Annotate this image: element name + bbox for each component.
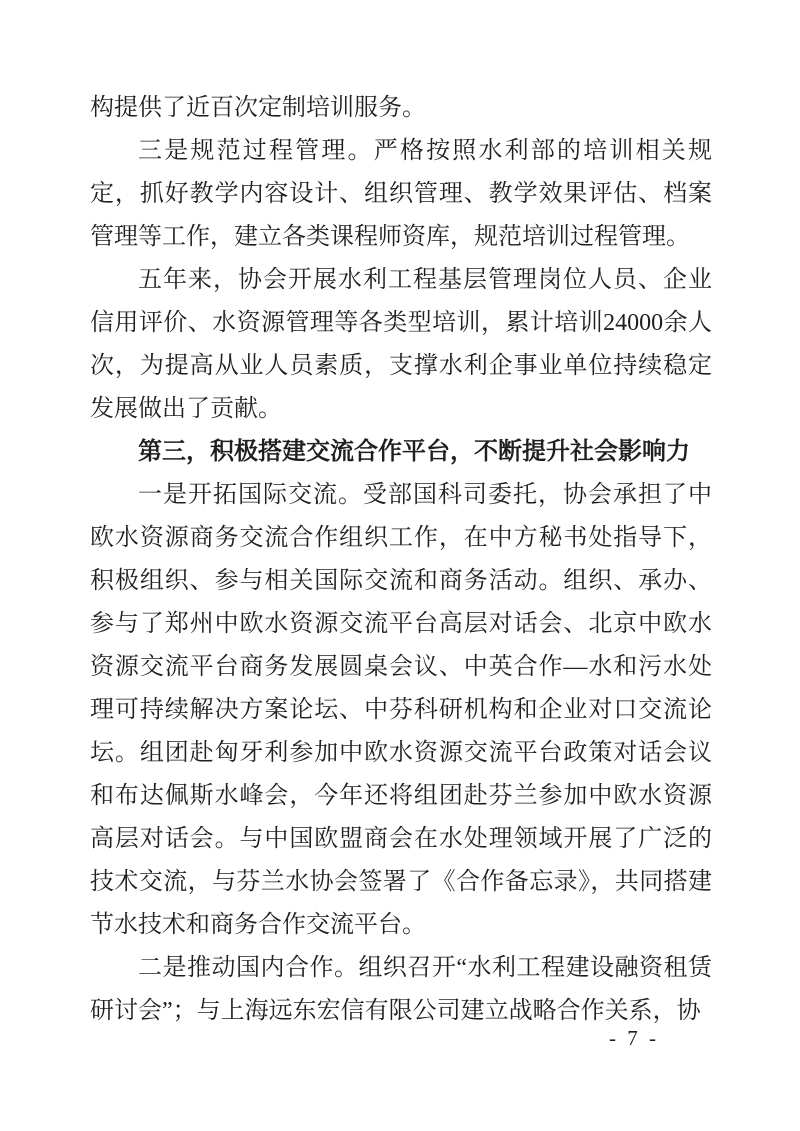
paragraph: 一是开拓国际交流。受部国科司委托，协会承担了中欧水资源商务交流合作组织工作，在中…: [90, 474, 712, 947]
section-heading: 第三，积极搭建交流合作平台，不断提升社会影响力: [90, 431, 712, 474]
paragraph: 三是规范过程管理。严格按照水利部的培训相关规定，抓好教学内容设计、组织管理、教学…: [90, 130, 712, 259]
paragraph: 五年来，协会开展水利工程基层管理岗位人员、企业信用评价、水资源管理等各类型培训，…: [90, 259, 712, 431]
paragraph: 二是推动国内合作。组织召开“水利工程建设融资租赁研讨会”；与上海远东宏信有限公司…: [90, 947, 712, 1033]
paragraph: 构提供了近百次定制培训服务。: [90, 87, 712, 130]
page-number: - 7 -: [609, 1026, 659, 1050]
document-page: 构提供了近百次定制培训服务。三是规范过程管理。严格按照水利部的培训相关规定，抓好…: [0, 0, 800, 1131]
document-body: 构提供了近百次定制培训服务。三是规范过程管理。严格按照水利部的培训相关规定，抓好…: [90, 87, 712, 1033]
